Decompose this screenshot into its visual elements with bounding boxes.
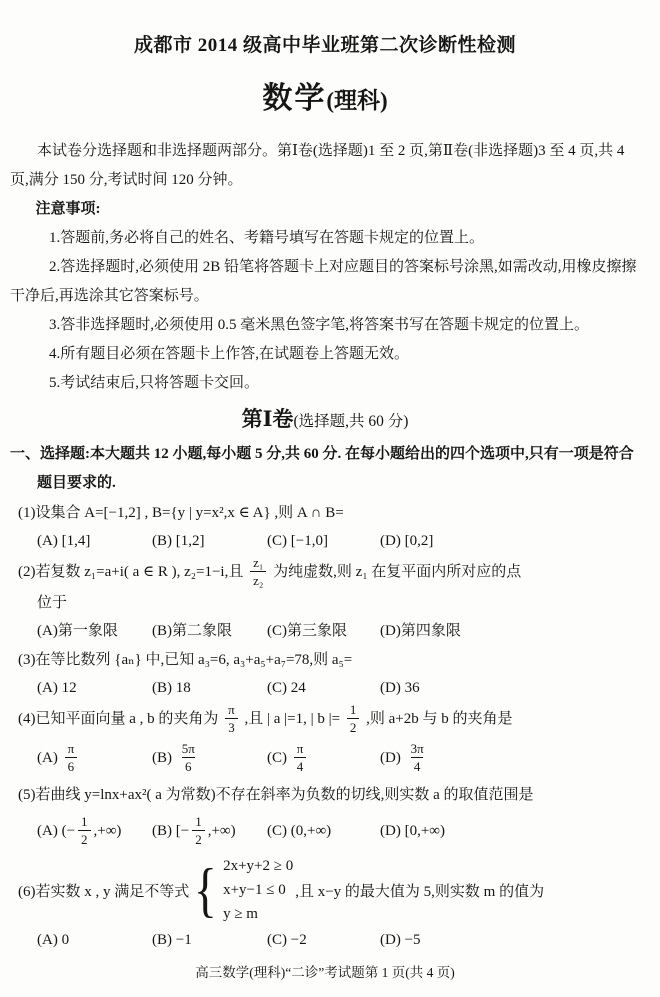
note-item-5: 5.考试结束后,只将答题卡交回。 — [10, 369, 640, 398]
option-a: (A) 0 — [37, 926, 152, 954]
inequality-system: { 2x+y+2 ≥ 0 x+y−1 ≤ 0 y ≥ m — [191, 854, 293, 926]
fraction-pi-6: π6 — [65, 742, 78, 773]
stem-text: (2)若复数 z₁=a+i( a ∈ R ), z₂=1−i,且 — [18, 564, 243, 580]
exam-title: 成都市 2014 级高中毕业班第二次诊断性检测 — [10, 30, 640, 57]
fraction-3pi-4: 3π4 — [408, 742, 427, 773]
stem-text: (4)已知平面向量 a , b 的夹角为 — [18, 711, 218, 727]
section-header: 第Ⅰ卷(选择题,共 60 分) — [10, 403, 640, 438]
question-1-options: (A) [1,4] (B) [1,2] (C) [−1,0] (D) [0,2] — [10, 527, 640, 555]
inequality-line: x+y−1 ≤ 0 — [223, 878, 293, 902]
question-4-stem: (4)已知平面向量 a , b 的夹角为 π 3 ,且 | a |=1, | b… — [10, 703, 640, 736]
option-c: (C)第三象限 — [267, 617, 380, 645]
option-a: (A) (−12,+∞) — [37, 815, 152, 848]
option-d: (D) [0,+∞) — [380, 817, 445, 845]
exam-intro: 本试卷分选择题和非选择题两部分。第Ⅰ卷(选择题)1 至 2 页,第Ⅱ卷(非选择题… — [10, 137, 640, 195]
option-d: (D) 3π4 — [380, 742, 430, 775]
option-c: (C) 24 — [267, 674, 380, 702]
stem-text: ,且 x−y 的最大值为 5,则实数 m 的值为 — [295, 880, 544, 901]
stem-text: ,则 a+2b 与 b 的夹角是 — [366, 711, 512, 727]
subject-track: (理科) — [326, 88, 387, 113]
note-item-1: 1.答题前,务必将自己的姓名、考籍号填写在答题卡规定的位置上。 — [10, 224, 640, 253]
notes-heading: 注意事项: — [36, 195, 641, 224]
inequality-line: 2x+y+2 ≥ 0 — [223, 854, 293, 878]
inequality-line: y ≥ m — [223, 902, 293, 926]
option-b: (B) 18 — [152, 674, 267, 702]
option-b: (B)第二象限 — [152, 617, 267, 645]
subject-name: 数学 — [262, 82, 326, 115]
option-c: (C) π4 — [267, 742, 380, 775]
question-6-options: (A) 0 (B) −1 (C) −2 (D) −5 — [10, 926, 640, 954]
question-3: (3)在等比数列 {aₙ} 中,已知 a₃=6, a₃+a₅+a₇=78,则 a… — [10, 646, 640, 702]
option-b: (B) 5π6 — [152, 742, 267, 775]
question-1: (1)设集合 A=[−1,2] , B={y | y=x²,x ∈ A} ,则 … — [10, 499, 640, 555]
exam-page: 成都市 2014 级高中毕业班第二次诊断性检测 数学(理科) 本试卷分选择题和非… — [0, 0, 660, 984]
option-b: (B) [−12,+∞) — [152, 815, 267, 848]
question-1-stem: (1)设集合 A=[−1,2] , B={y | y=x²,x ∈ A} ,则 … — [10, 499, 640, 527]
note-item-4: 4.所有题目必须在答题卡上作答,在试题卷上答题无效。 — [10, 340, 640, 369]
question-3-options: (A) 12 (B) 18 (C) 24 (D) 36 — [10, 674, 640, 702]
stem-text: ,且 | a |=1, | b |= — [244, 711, 340, 727]
option-b: (B) −1 — [152, 926, 267, 954]
question-5-stem: (5)若曲线 y=lnx+ax²( a 为常数)不存在斜率为负数的切线,则实数 … — [10, 781, 640, 809]
option-d: (D) −5 — [380, 926, 421, 954]
option-d: (D)第四象限 — [380, 617, 461, 645]
option-c: (C) (0,+∞) — [267, 817, 380, 845]
option-a: (A)第一象限 — [37, 617, 152, 645]
option-a: (A) 12 — [37, 674, 152, 702]
question-4-options: (A) π6 (B) 5π6 (C) π4 (D) 3π4 — [10, 736, 640, 780]
option-d: (D) 36 — [380, 674, 420, 702]
question-2: (2)若复数 z₁=a+i( a ∈ R ), z₂=1−i,且 z₁ z₂ 为… — [10, 556, 640, 645]
question-6: (6)若实数 x , y 满足不等式 { 2x+y+2 ≥ 0 x+y−1 ≤ … — [10, 854, 640, 954]
left-brace: { — [194, 863, 217, 917]
fraction-1-2: 12 — [78, 815, 91, 846]
question-4: (4)已知平面向量 a , b 的夹角为 π 3 ,且 | a |=1, | b… — [10, 703, 640, 780]
fraction-pi-4: π4 — [294, 742, 307, 773]
option-c: (C) [−1,0] — [267, 527, 380, 555]
section-number: 第Ⅰ卷 — [242, 407, 294, 431]
option-d: (D) [0,2] — [380, 527, 433, 555]
option-b: (B) [1,2] — [152, 527, 267, 555]
fraction-pi-3: π 3 — [225, 703, 238, 734]
stem-text: (6)若实数 x , y 满足不等式 — [18, 880, 189, 901]
page-footer: 高三数学(理科)“二诊”考试题第 1 页(共 4 页) — [10, 962, 640, 984]
option-a: (A) [1,4] — [37, 527, 152, 555]
fraction-1-2: 12 — [192, 815, 205, 846]
question-5-options: (A) (−12,+∞) (B) [−12,+∞) (C) (0,+∞) (D)… — [10, 809, 640, 853]
fraction-z1-z2: z₁ z₂ — [250, 556, 266, 587]
exam-subject: 数学(理科) — [10, 73, 640, 117]
fraction-1-2: 1 2 — [347, 703, 360, 734]
stem-text: 为纯虚数,则 z₁ 在复平面内所对应的点 — [273, 564, 521, 580]
question-2-stem: (2)若复数 z₁=a+i( a ∈ R ), z₂=1−i,且 z₁ z₂ 为… — [10, 556, 640, 589]
question-2-stem-cont: 位于 — [10, 589, 640, 617]
fraction-5pi-6: 5π6 — [179, 742, 198, 773]
option-a: (A) π6 — [37, 742, 152, 775]
question-6-stem: (6)若实数 x , y 满足不等式 { 2x+y+2 ≥ 0 x+y−1 ≤ … — [10, 854, 640, 926]
option-c: (C) −2 — [267, 926, 380, 954]
question-3-stem: (3)在等比数列 {aₙ} 中,已知 a₃=6, a₃+a₅+a₇=78,则 a… — [10, 646, 640, 674]
note-item-3: 3.答非选择题时,必须使用 0.5 毫米黑色签字笔,将答案书写在答题卡规定的位置… — [10, 311, 640, 340]
choice-section-instruction: 一、选择题:本大题共 12 小题,每小题 5 分,共 60 分. 在每小题给出的… — [10, 440, 640, 498]
question-5: (5)若曲线 y=lnx+ax²( a 为常数)不存在斜率为负数的切线,则实数 … — [10, 781, 640, 853]
note-item-2: 2.答选择题时,必须使用 2B 铅笔将答题卡上对应题目的答案标号涂黑,如需改动,… — [10, 253, 640, 311]
section-subtitle: (选择题,共 60 分) — [293, 413, 408, 430]
question-2-options: (A)第一象限 (B)第二象限 (C)第三象限 (D)第四象限 — [10, 617, 640, 645]
